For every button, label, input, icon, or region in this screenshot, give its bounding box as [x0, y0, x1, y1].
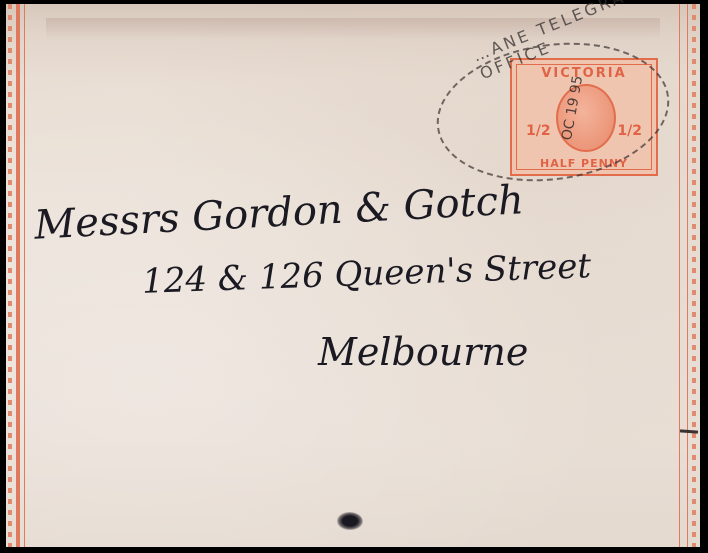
border-line-left-inner [24, 4, 25, 547]
perforation-right [692, 4, 696, 547]
ink-blot [337, 512, 363, 530]
border-line-right-inner [679, 4, 680, 547]
perforation-left [8, 4, 12, 547]
border-line-left-outer [16, 4, 20, 547]
border-line-right-outer [687, 4, 688, 547]
address-line-3: Melbourne [318, 330, 528, 374]
